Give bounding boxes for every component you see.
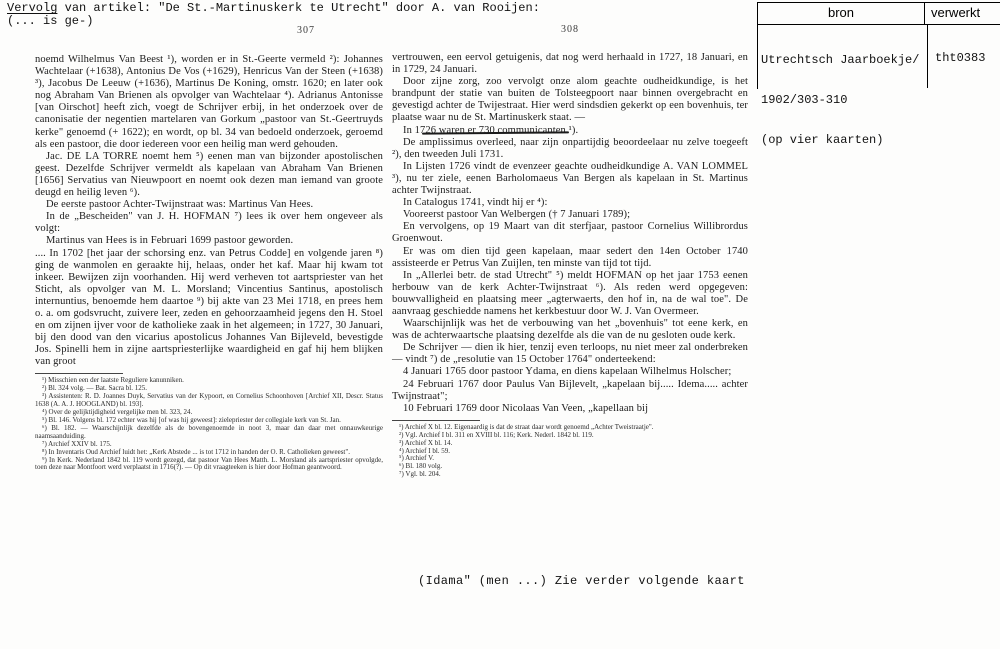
column-header-bron: bron: [758, 3, 924, 24]
footnote: ⁶) Bl. 182. — Waarschijnlijk dezelfde al…: [35, 425, 383, 441]
text-after-strike: ¹).: [566, 125, 578, 136]
scanned-page-right: vertrouwen, een eervol getuigenis, dat n…: [392, 52, 748, 479]
paragraph: Door zijne zorg, zoo vervolgt onze alom …: [392, 76, 748, 124]
bron-value: Utrechtsch Jaarboekje/ 1902/303-310 (op …: [758, 25, 927, 88]
header-underlined-word: Vervolg: [7, 1, 57, 15]
page-number-right: 308: [561, 24, 579, 35]
header-annotation-line2: (... is ge-): [7, 15, 93, 28]
verwerkt-value: tht0383: [927, 25, 1000, 88]
paragraph: Vooreerst pastoor Van Welbergen († 7 Jan…: [392, 209, 748, 221]
bron-value-line: Utrechtsch Jaarboekje/: [761, 53, 927, 67]
footer-annotation: (Idama" (men ...) Zie verder volgende ka…: [418, 575, 745, 588]
index-table-header-row: bron verwerkt: [758, 3, 1000, 25]
bron-value-line: 1902/303-310: [761, 93, 927, 107]
pen-struck-text: 26 waren er 730 communicanten: [425, 125, 566, 136]
paragraph: En vervolgens, op 19 Maart van dit sterf…: [392, 221, 748, 245]
footnote: ³) Assistenten: R. D. Joannes Duyk, Serv…: [35, 393, 383, 409]
index-table: bron verwerkt Utrechtsch Jaarboekje/ 190…: [757, 2, 1000, 89]
paragraph: Waarschijnlijk was het de verbouwing van…: [392, 318, 748, 342]
page-number-left: 307: [297, 25, 315, 36]
card-scan-page: { "annotations": { "header_word_underlin…: [0, 0, 1000, 649]
bron-value-line: (op vier kaarten): [761, 133, 927, 147]
paragraph: 24 Februari 1767 door Paulus Van Bijleve…: [392, 379, 748, 403]
paragraph-with-pen-strike: In 1726 waren er 730 communicanten ¹).: [392, 125, 748, 137]
paragraph: 4 Januari 1765 door pastoor Ydama, en di…: [392, 366, 748, 378]
footnotes-left: ¹) Misschien een der laatste Reguliere k…: [35, 377, 383, 472]
paragraph: In Lijsten 1726 vindt de evenzeer geacht…: [392, 161, 748, 197]
paragraph: Jac. DE LA TORRE noemt hem ⁵) eenen man …: [35, 151, 383, 199]
paragraph: Er was om dien tijd geen kapelaan, maar …: [392, 246, 748, 270]
paragraph: noemd Wilhelmus Van Beest ¹), worden er …: [35, 54, 383, 151]
footnote: ⁹) In Kerk. Nederland 1842 bl. 119 wordt…: [35, 457, 383, 473]
footnote: ⁷) Vgl. bl. 204.: [392, 471, 748, 479]
header-text: van artikel: "De St.-Martinuskerk te Utr…: [57, 1, 539, 15]
paragraph: .... In 1702 [het jaar der schorsing enz…: [35, 248, 383, 369]
scanned-page-left: noemd Wilhelmus Van Beest ¹), worden er …: [35, 54, 383, 472]
paragraph: In de „Bescheiden" van J. H. HOFMAN ⁷) l…: [35, 211, 383, 235]
paragraph: De amplissimus overleed, naar zijn onpar…: [392, 137, 748, 161]
paragraph: De eerste pastoor Achter-Twijnstraat was…: [35, 199, 383, 211]
paragraph: vertrouwen, een eervol getuigenis, dat n…: [392, 52, 748, 76]
footnote-separator: [392, 420, 480, 421]
paragraph: In Catalogus 1741, vindt hij er ⁴):: [392, 197, 748, 209]
paragraph: De Schrijver — dien ik hier, tenzij even…: [392, 342, 748, 366]
footnote: ⁶) Bl. 180 volg.: [392, 463, 748, 471]
paragraph: Martinus van Hees is in Februari 1699 pa…: [35, 235, 383, 247]
footnote-separator: [35, 373, 123, 374]
paragraph: In „Allerlei betr. de stad Utrecht" ⁵) m…: [392, 270, 748, 318]
index-table-value-row: Utrechtsch Jaarboekje/ 1902/303-310 (op …: [758, 25, 1000, 88]
column-header-verwerkt: verwerkt: [924, 3, 1000, 24]
footnote: ⁴) Archief I bl. 59.: [392, 448, 748, 456]
footnote: ⁵) Archief V.: [392, 455, 748, 463]
paragraph: 10 Februari 1769 door Nicolaas Van Veen,…: [392, 403, 748, 415]
footnotes-right: ¹) Archief X bl. 12. Eigenaardig is dat …: [392, 424, 748, 479]
